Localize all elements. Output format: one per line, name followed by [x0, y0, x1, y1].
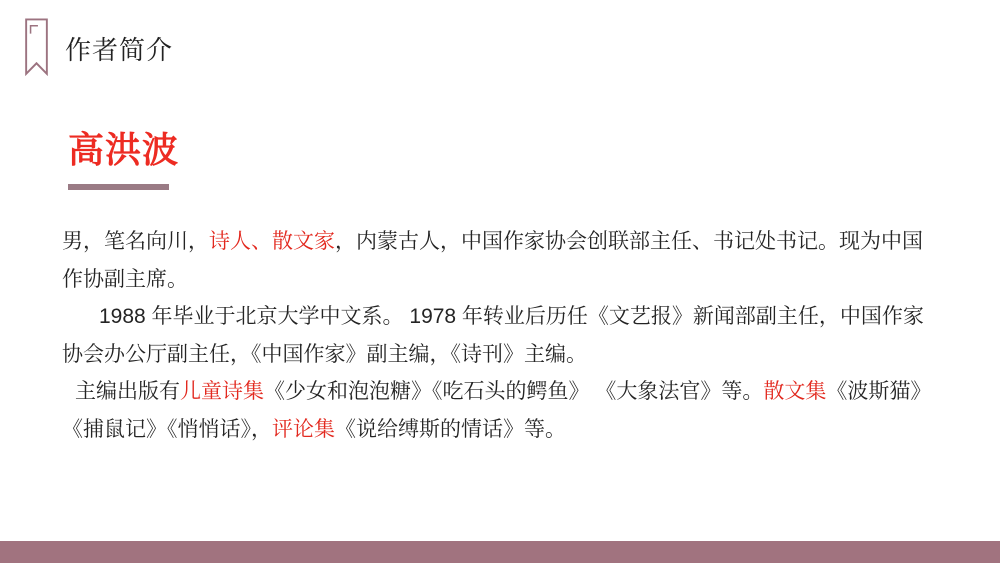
body-paragraph: 男，笔名向川，诗人、散文家，内蒙古人，中国作家协会创联部主任、书记处书记。现为中…	[62, 223, 942, 298]
page-title: 作者简介	[65, 31, 173, 63]
body-text-segment: 主编出版有	[75, 380, 180, 403]
highlighted-text: 散文集	[763, 380, 826, 403]
bottom-accent-bar	[0, 541, 1000, 563]
body-text-segment: 1988 年毕业于北京大学中文系。 1978 年转业后历任《文艺报》新闻部副主任…	[62, 305, 924, 366]
body-paragraph: 1988 年毕业于北京大学中文系。 1978 年转业后历任《文艺报》新闻部副主任…	[62, 298, 942, 373]
body-text-segment: 《说给缚斯的情话》等。	[335, 418, 566, 441]
heading-underline	[68, 184, 169, 190]
slide-header: 作者简介	[25, 18, 173, 76]
highlighted-text: 诗人、散文家	[209, 230, 335, 253]
highlighted-text: 儿童诗集	[180, 380, 264, 403]
body-text: 男，笔名向川，诗人、散文家，内蒙古人，中国作家协会创联部主任、书记处书记。现为中…	[62, 223, 942, 449]
author-name-heading: 高洪波	[68, 130, 179, 170]
bookmark-ribbon-icon	[25, 18, 48, 76]
highlighted-text: 评论集	[272, 418, 335, 441]
presentation-slide: 作者简介 高洪波 男，笔名向川，诗人、散文家，内蒙古人，中国作家协会创联部主任、…	[0, 0, 1000, 563]
body-text-segment: 男，笔名向川，	[62, 230, 209, 253]
body-paragraph: 主编出版有儿童诗集《少女和泡泡糖》《吃石头的鳄鱼》 《大象法官》等。散文集《波斯…	[62, 373, 942, 448]
body-text-segment: 《少女和泡泡糖》《吃石头的鳄鱼》 《大象法官》等。	[264, 380, 763, 403]
